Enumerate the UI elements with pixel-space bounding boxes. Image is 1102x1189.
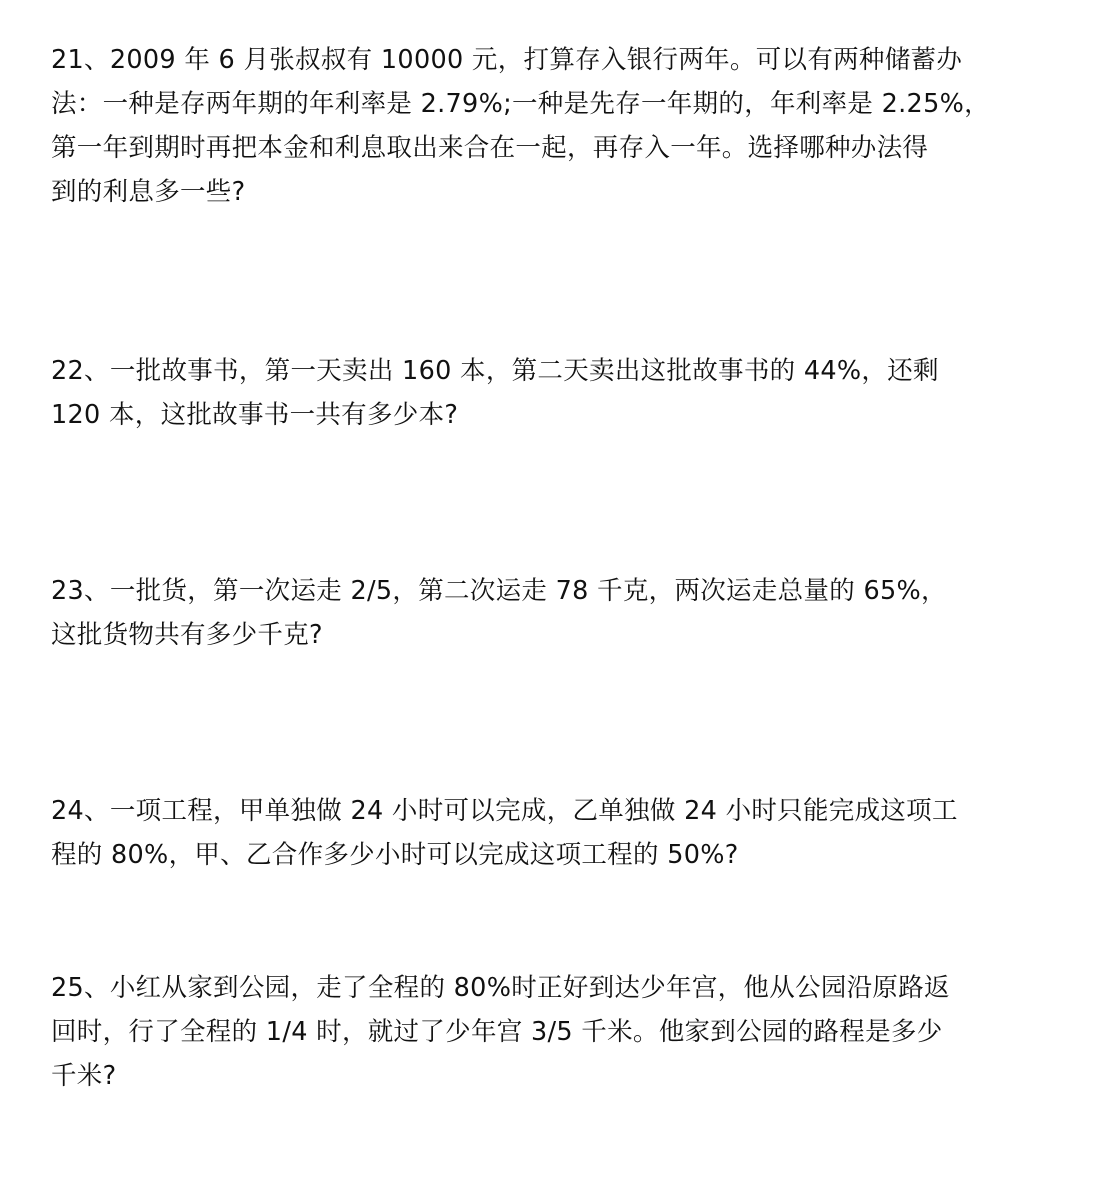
problem-25-line-2: 回时，行了全程的 1/4 时，就过了少年宫 3/5 千米。他家到公园的路程是多少 bbox=[51, 1010, 1056, 1054]
problem-24-line-2: 程的 80%，甲、乙合作多少小时可以完成这项工程的 50%? bbox=[51, 833, 1056, 877]
problem-21: 21、2009 年 6 月张叔叔有 10000 元，打算存入银行两年。可以有两种… bbox=[51, 38, 1056, 214]
problem-22: 22、一批故事书，第一天卖出 160 本，第二天卖出这批故事书的 44%，还剩 … bbox=[51, 349, 1056, 437]
problem-23: 23、一批货，第一次运走 2/5，第二次运走 78 千克，两次运走总量的 65%… bbox=[51, 569, 1056, 657]
problem-25-line-1: 25、小红从家到公园，走了全程的 80%时正好到达少年宫，他从公园沿原路返 bbox=[51, 966, 1056, 1010]
problem-22-line-2: 120 本，这批故事书一共有多少本? bbox=[51, 393, 1056, 437]
problem-23-line-1: 23、一批货，第一次运走 2/5，第二次运走 78 千克，两次运走总量的 65%… bbox=[51, 569, 1056, 613]
problem-21-line-4: 到的利息多一些? bbox=[51, 170, 1056, 214]
problem-23-line-2: 这批货物共有多少千克? bbox=[51, 613, 1056, 657]
problem-24-line-1: 24、一项工程，甲单独做 24 小时可以完成，乙单独做 24 小时只能完成这项工 bbox=[51, 789, 1056, 833]
problem-22-line-1: 22、一批故事书，第一天卖出 160 本，第二天卖出这批故事书的 44%，还剩 bbox=[51, 349, 1056, 393]
problem-24: 24、一项工程，甲单独做 24 小时可以完成，乙单独做 24 小时只能完成这项工… bbox=[51, 789, 1056, 877]
problem-25: 25、小红从家到公园，走了全程的 80%时正好到达少年宫，他从公园沿原路返 回时… bbox=[51, 966, 1056, 1098]
problem-21-line-1: 21、2009 年 6 月张叔叔有 10000 元，打算存入银行两年。可以有两种… bbox=[51, 38, 1056, 82]
problem-21-line-3: 第一年到期时再把本金和利息取出来合在一起，再存入一年。选择哪种办法得 bbox=[51, 126, 1056, 170]
problem-25-line-3: 千米? bbox=[51, 1054, 1056, 1098]
problem-21-line-2: 法：一种是存两年期的年利率是 2.79%;一种是先存一年期的，年利率是 2.25… bbox=[51, 82, 1056, 126]
